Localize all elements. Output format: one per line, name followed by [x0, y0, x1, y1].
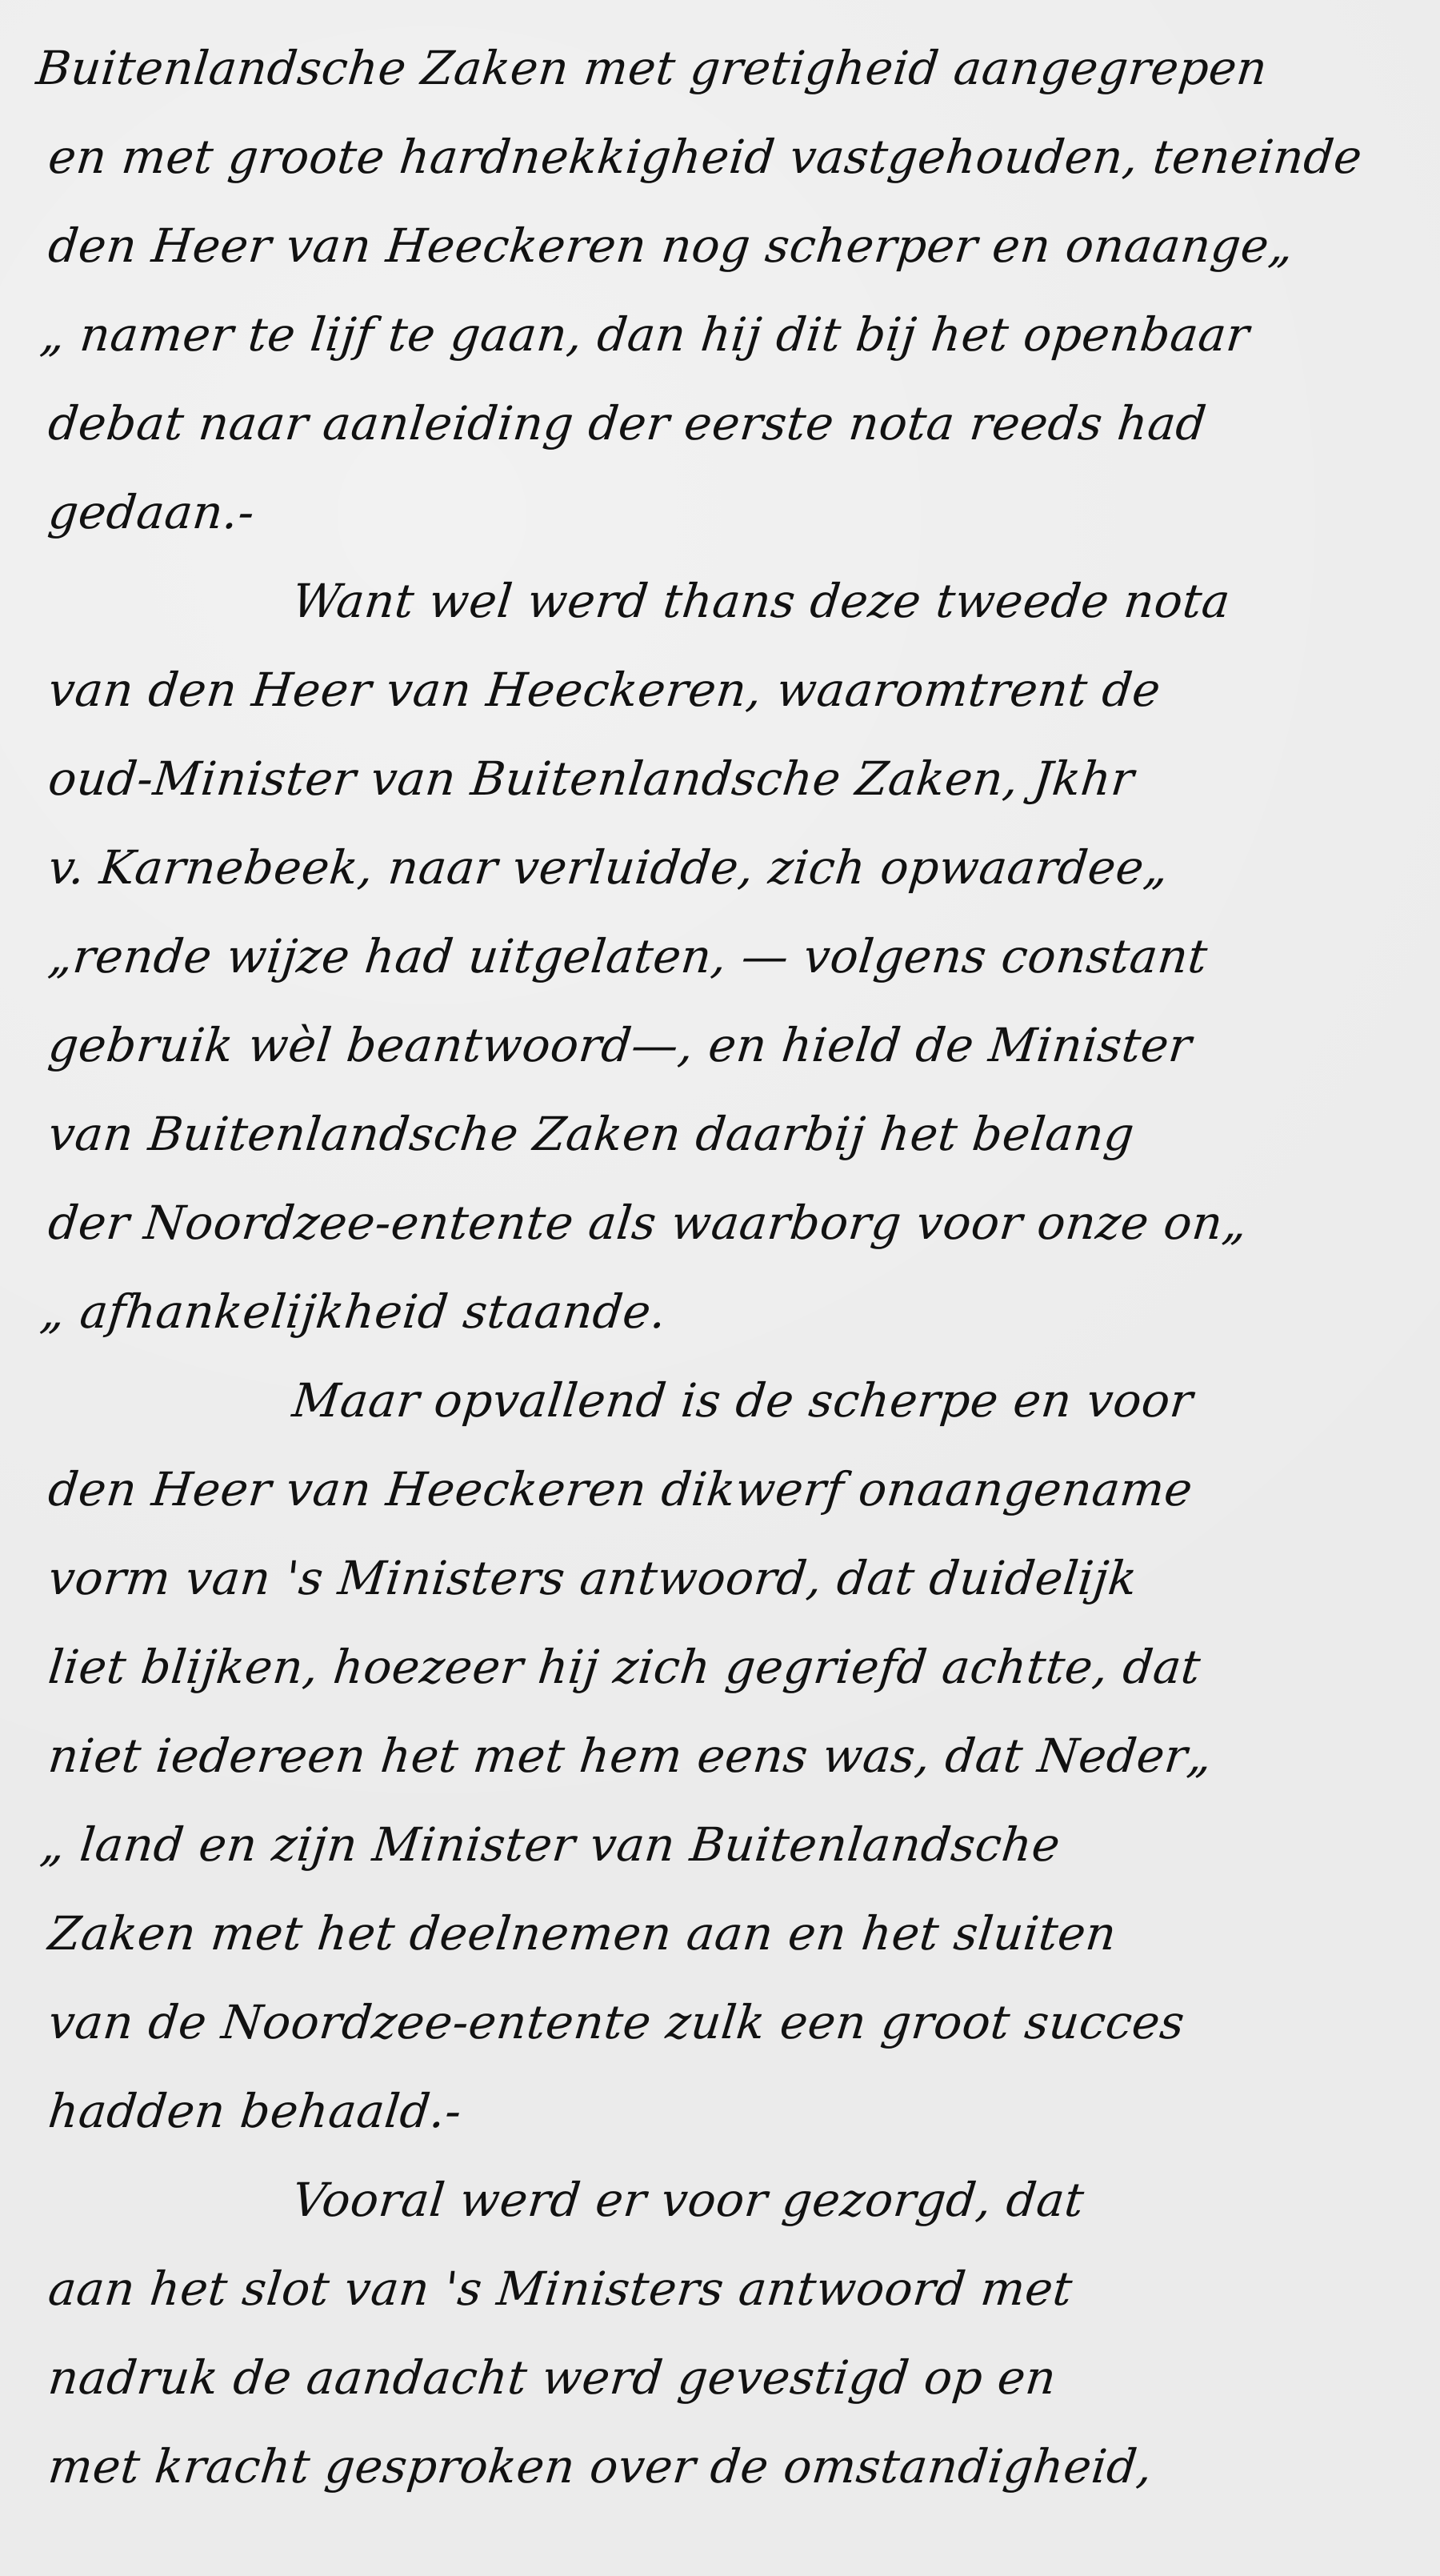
line-text: nadruk de aandacht werd gevestigd op en	[44, 2334, 1061, 2422]
line-text: Zaken met het deelnemen aan en het sluit…	[44, 1889, 1121, 1978]
line-text: Vooral werd er voor gezorgd, dat	[288, 2156, 1089, 2245]
line-text: gebruik wèl beantwoord—, en hield de Min…	[44, 1001, 1196, 1090]
line-text: gedaan.-	[44, 468, 259, 557]
line-text: van den Heer van Heeckeren, waaromtrent …	[44, 646, 1165, 735]
text-line: vorm van 's Ministers antwoord, dat duid…	[0, 1534, 1440, 1623]
text-line: hadden behaald.-	[0, 2067, 1440, 2156]
text-line: van Buitenlandsche Zaken daarbij het bel…	[0, 1090, 1440, 1179]
text-line: gebruik wèl beantwoord—, en hield de Min…	[0, 1001, 1440, 1090]
text-line: „ namer te lijf te gaan, dan hij dit bij…	[0, 290, 1440, 379]
text-line: liet blijken, hoezeer hij zich gegriefd …	[0, 1623, 1440, 1712]
text-line: oud-Minister van Buitenlandsche Zaken, J…	[0, 735, 1440, 823]
line-text: en met groote hardnekkigheid vastgehoude…	[44, 113, 1366, 202]
text-line: „ afhankelijkheid staande.	[0, 1268, 1440, 1356]
line-text: oud-Minister van Buitenlandsche Zaken, J…	[44, 735, 1138, 823]
text-line: den Heer van Heeckeren dikwerf onaangena…	[0, 1445, 1440, 1534]
line-text: „rende wijze had uitgelaten, — volgens c…	[44, 912, 1212, 1001]
text-line: van de Noordzee-entente zulk een groot s…	[0, 1978, 1440, 2067]
text-line: der Noordzee-entente als waarborg voor o…	[0, 1179, 1440, 1268]
paragraph-start-line: Vooral werd er voor gezorgd, dat	[0, 2156, 1440, 2245]
line-text: van de Noordzee-entente zulk een groot s…	[44, 1978, 1189, 2067]
line-text: Buitenlandsche Zaken met gretigheid aang…	[32, 24, 1272, 113]
text-line: en met groote hardnekkigheid vastgehoude…	[0, 113, 1440, 202]
line-text: niet iedereen het met hem eens was, dat …	[44, 1712, 1217, 1801]
handwritten-text-body: Buitenlandsche Zaken met gretigheid aang…	[0, 24, 1440, 2511]
line-text: „ land en zijn Minister van Buitenlandsc…	[36, 1801, 1065, 1889]
line-text: den Heer van Heeckeren nog scherper en o…	[44, 202, 1298, 290]
paragraph-start-line: Maar opvallend is de scherpe en voor	[0, 1356, 1440, 1445]
text-line: „rende wijze had uitgelaten, — volgens c…	[0, 912, 1440, 1001]
text-line: van den Heer van Heeckeren, waaromtrent …	[0, 646, 1440, 735]
line-text: hadden behaald.-	[44, 2067, 466, 2156]
line-text: aan het slot van 's Ministers antwoord m…	[44, 2245, 1077, 2334]
text-line: gedaan.-	[0, 468, 1440, 557]
text-line: nadruk de aandacht werd gevestigd op en	[0, 2334, 1440, 2422]
text-line: den Heer van Heeckeren nog scherper en o…	[0, 202, 1440, 290]
text-line: Buitenlandsche Zaken met gretigheid aang…	[0, 24, 1440, 113]
line-text: der Noordzee-entente als waarborg voor o…	[44, 1179, 1252, 1268]
text-line: niet iedereen het met hem eens was, dat …	[0, 1712, 1440, 1801]
line-text: den Heer van Heeckeren dikwerf onaangena…	[44, 1445, 1197, 1534]
line-text: „ namer te lijf te gaan, dan hij dit bij…	[36, 290, 1254, 379]
line-text: van Buitenlandsche Zaken daarbij het bel…	[44, 1090, 1139, 1179]
manuscript-page: Buitenlandsche Zaken met gretigheid aang…	[0, 0, 1440, 2576]
line-text: debat naar aanleiding der eerste nota re…	[44, 379, 1210, 468]
paragraph-start-line: Want wel werd thans deze tweede nota	[0, 557, 1440, 646]
line-text: Maar opvallend is de scherpe en voor	[288, 1356, 1198, 1445]
line-text: „ afhankelijkheid staande.	[36, 1268, 670, 1356]
line-text: liet blijken, hoezeer hij zich gegriefd …	[44, 1623, 1205, 1712]
text-line: Zaken met het deelnemen aan en het sluit…	[0, 1889, 1440, 1978]
text-line: „ land en zijn Minister van Buitenlandsc…	[0, 1801, 1440, 1889]
text-line: v. Karnebeek, naar verluidde, zich opwaa…	[0, 823, 1440, 912]
line-text: vorm van 's Ministers antwoord, dat duid…	[44, 1534, 1142, 1623]
text-line: met kracht gesproken over de omstandighe…	[0, 2422, 1440, 2511]
text-line: debat naar aanleiding der eerste nota re…	[0, 379, 1440, 468]
line-text: v. Karnebeek, naar verluidde, zich opwaa…	[44, 823, 1173, 912]
line-text: Want wel werd thans deze tweede nota	[288, 557, 1234, 646]
text-line: aan het slot van 's Ministers antwoord m…	[0, 2245, 1440, 2334]
line-text: met kracht gesproken over de omstandighe…	[44, 2422, 1157, 2511]
